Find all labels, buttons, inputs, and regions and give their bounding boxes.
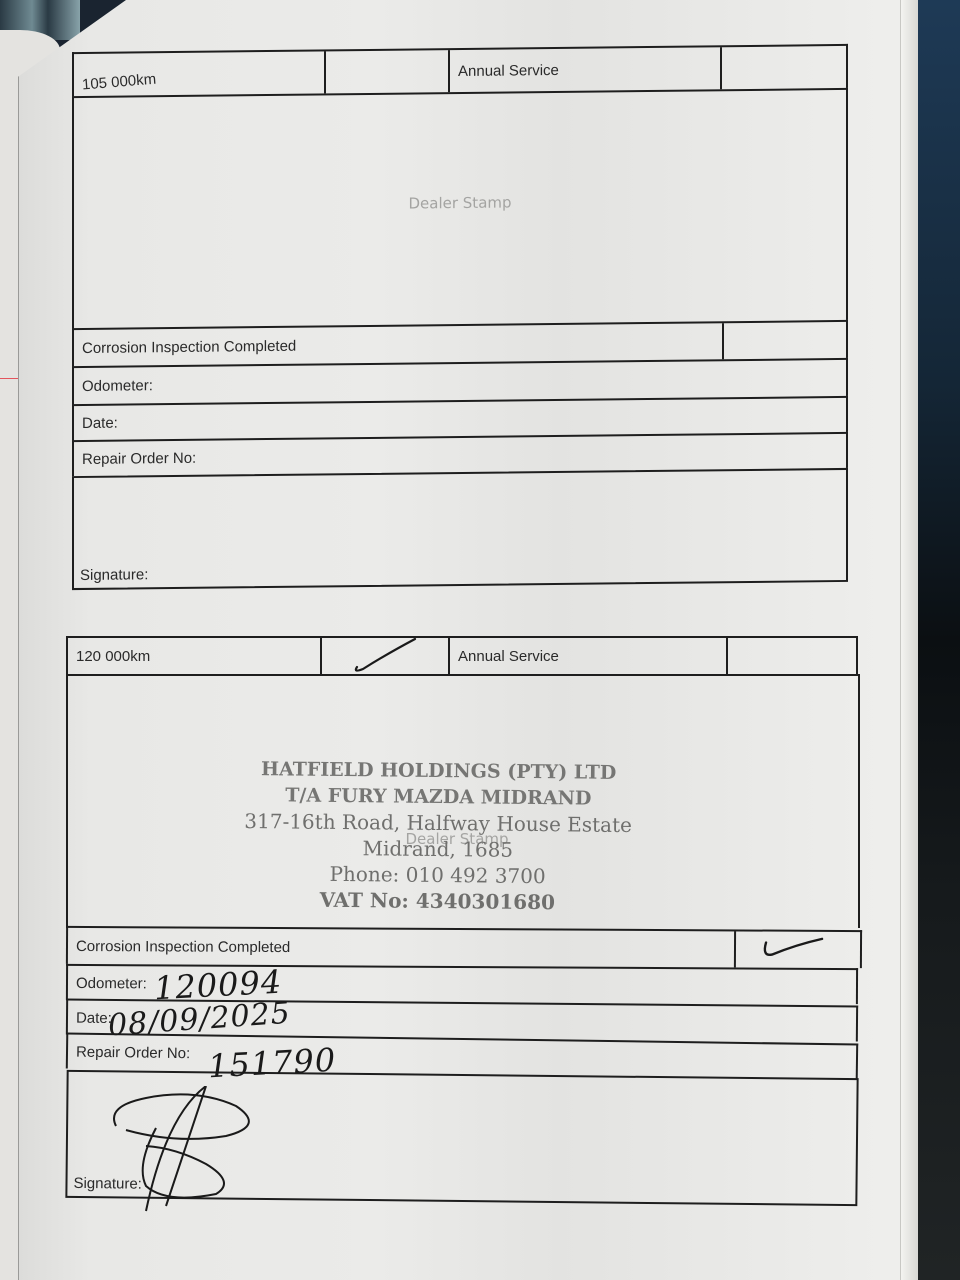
stamp-line-company: HATFIELD HOLDINGS (PTY) LTD [209,756,669,787]
corrosion-label-cell: Corrosion Inspection Completed [68,928,736,967]
service-entry-105000: 105 000km Annual Service Dealer Stamp Co… [72,44,848,594]
odometer-label: Odometer: [76,974,147,991]
dealer-stamp-placeholder: Dealer Stamp [74,190,846,216]
service-checkbox-cell[interactable] [322,638,450,674]
corrosion-row: Corrosion Inspection Completed [66,926,862,968]
entry-header-row: 120 000km Annual Service [66,636,858,674]
dealer-stamp-area: Dealer Stamp HATFIELD HOLDINGS (PTY) LTD… [66,674,860,928]
interval-cell: 120 000km [68,638,322,674]
date-label: Date: [82,414,118,431]
corrosion-checkbox[interactable] [724,322,846,359]
checkmark-icon [760,935,830,965]
checkmark-icon [345,637,425,675]
dealer-stamp: HATFIELD HOLDINGS (PTY) LTD T/A FURY MAZ… [207,756,669,917]
service-checkbox-cell[interactable] [326,50,450,93]
dealer-stamp-area: Dealer Stamp [72,88,848,328]
service-type-cell: Annual Service [450,47,722,92]
stamp-line-address: 317-16th Road, Halfway House Estate [208,808,668,839]
repair-order-label: Repair Order No: [76,1043,190,1062]
service-type-label: Annual Service [458,61,559,79]
repair-order-handwritten-value: 151790 [207,1041,337,1086]
interval-label: 105 000km [81,70,156,93]
corrosion-label: Corrosion Inspection Completed [76,937,290,955]
service-extra-cell [728,638,856,674]
stamp-line-vat: VAT No: 4340301680 [207,886,667,917]
service-type-cell: Annual Service [450,638,728,674]
signature-box[interactable]: Signature: [72,468,848,590]
service-extra-cell [722,46,846,89]
service-type-label: Annual Service [458,648,559,665]
interval-label: 120 000km [76,648,150,665]
interval-cell: 105 000km [74,51,326,96]
signature-scribble [106,1086,266,1216]
signature-label: Signature: [80,566,148,584]
repair-order-label: Repair Order No: [82,449,196,467]
corrosion-checkbox[interactable] [736,931,860,968]
odometer-label: Odometer: [82,377,153,395]
corrosion-label: Corrosion Inspection Completed [82,337,296,356]
service-entry-120000: 120 000km Annual Service Dealer Stamp HA… [66,636,858,1206]
page-edge [900,0,918,1280]
